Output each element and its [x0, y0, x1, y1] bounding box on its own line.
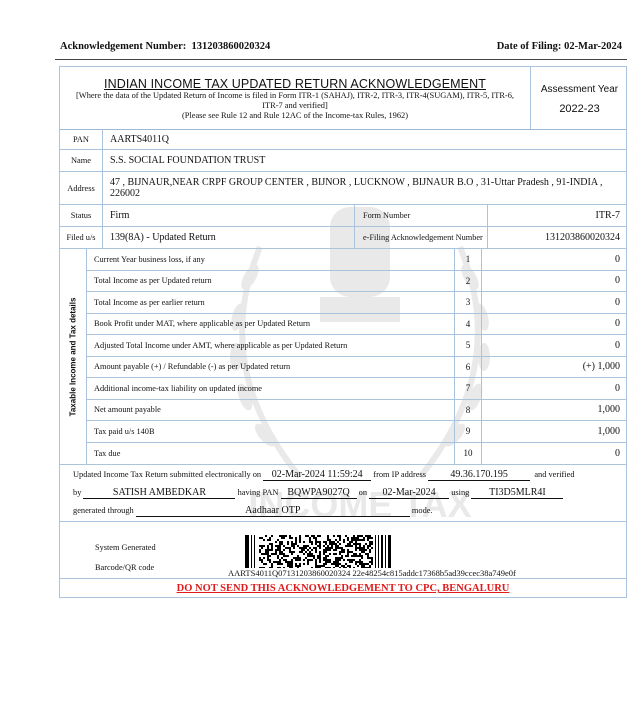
verifier-pan-value: BQWPA9027Q [281, 488, 357, 499]
tax-row-number: 8 [454, 400, 482, 421]
tax-row-number: 7 [454, 378, 482, 399]
verification-text: generated through [73, 506, 134, 515]
tax-row: Net amount payable81,000 [86, 400, 626, 422]
tax-row: Current Year business loss, if any10 [86, 249, 626, 271]
tax-row-value: 0 [480, 378, 620, 399]
document-rule-note: (Please see Rule 12 and Rule 12AC of the… [60, 111, 530, 121]
name-value: S.S. SOCIAL FOUNDATION TRUST [110, 150, 618, 171]
tax-row-value: 0 [480, 314, 620, 335]
tax-row: Adjusted Total Income under AMT, where a… [86, 335, 626, 357]
status-value: Firm [110, 205, 350, 226]
verification-text: mode. [412, 506, 433, 515]
verification-text: Updated Income Tax Return submitted elec… [73, 470, 261, 479]
name-label: Name [60, 150, 103, 171]
address-value: 47 , BIJNAUR,NEAR CRPF GROUP CENTER , BI… [110, 172, 618, 204]
title-cell: INDIAN INCOME TAX UPDATED RETURN ACKNOWL… [60, 67, 530, 129]
tax-row-number: 4 [454, 314, 482, 335]
tax-row-value: 0 [480, 292, 620, 313]
tax-row: Additional income-tax liability on updat… [86, 378, 626, 400]
tax-row-value: 0 [480, 335, 620, 356]
assessment-year-value: 2022-23 [531, 103, 628, 115]
acknowledgement-document: INCOME TAX INDIAN INCOME TAX UPDATED RET… [59, 66, 627, 598]
tax-row-number: 1 [454, 249, 482, 270]
document-title: INDIAN INCOME TAX UPDATED RETURN ACKNOWL… [60, 77, 530, 91]
pan-label: PAN [60, 129, 103, 149]
divider [55, 59, 627, 60]
verified-on-value: 02-Mar-2024 [369, 488, 449, 499]
tax-row-description: Tax due [94, 443, 120, 465]
verification-mode-value: Aadhaar OTP [136, 506, 410, 517]
name-row: Name S.S. SOCIAL FOUNDATION TRUST [60, 150, 626, 172]
form-number-value: ITR-7 [488, 205, 620, 226]
verification-line-2: by SATISH AMBEDKAR having PAN BQWPA9027Q… [73, 488, 563, 499]
tax-row-number: 6 [454, 357, 482, 378]
tax-details-section-label: Taxable Income and Tax details [60, 249, 87, 464]
document-subtitle: [Where the data of the Updated Return of… [60, 91, 530, 111]
tax-row-value: 1,000 [480, 400, 620, 421]
tax-row-number: 3 [454, 292, 482, 313]
filed-us-value: 139(8A) - Updated Return [110, 227, 350, 248]
verification-text: using [451, 488, 469, 497]
tax-row-number: 2 [454, 271, 482, 292]
tax-row-value: 1,000 [480, 421, 620, 442]
barcode-string: AARTS4011Q07131203860020324 22e48254c815… [228, 568, 516, 578]
tax-details-section: Taxable Income and Tax details Current Y… [60, 249, 626, 465]
tax-row-value: 0 [480, 443, 620, 465]
tax-row-number: 10 [454, 443, 482, 465]
tax-row-number: 5 [454, 335, 482, 356]
date-value: 02-Mar-2024 [564, 41, 622, 52]
barcode-label-1: System Generated [95, 543, 156, 552]
tax-row-number: 9 [454, 421, 482, 442]
cpc-warning: DO NOT SEND THIS ACKNOWLEDGEMENT TO CPC,… [60, 579, 626, 599]
tax-row-value: 0 [480, 249, 620, 270]
verification-text: having PAN [238, 488, 279, 497]
tax-row-description: Total Income as per earlier return [94, 292, 205, 313]
tax-row: Total Income as per earlier return30 [86, 292, 626, 314]
verification-line-3: generated through Aadhaar OTP mode. [73, 506, 433, 517]
document-header: INDIAN INCOME TAX UPDATED RETURN ACKNOWL… [60, 67, 626, 130]
verification-line-1: Updated Income Tax Return submitted elec… [73, 470, 575, 481]
ack-label: Acknowledgement Number: [60, 41, 186, 52]
tax-row-description: Net amount payable [94, 400, 161, 421]
filed-us-label: Filed u/s [60, 227, 103, 248]
assessment-year-label: Assessment Year [531, 84, 628, 95]
tax-row-value: (+) 1,000 [480, 357, 620, 378]
verification-section: Updated Income Tax Return submitted elec… [60, 464, 626, 522]
tax-row: Total Income as per Updated return20 [86, 271, 626, 293]
evc-value: TI3D5MLR4I [471, 488, 563, 499]
address-row: Address 47 , BIJNAUR,NEAR CRPF GROUP CEN… [60, 172, 626, 205]
tax-row: Tax paid u/s 140B91,000 [86, 421, 626, 443]
tax-row-description: Amount payable (+) / Refundable (-) as p… [94, 357, 290, 378]
tax-row-description: Additional income-tax liability on updat… [94, 378, 262, 399]
verification-text: by [73, 488, 81, 497]
section-label-text: Taxable Income and Tax details [69, 298, 78, 417]
tax-row: Tax due100 [86, 443, 626, 465]
date-label: Date of Filing: [497, 41, 562, 52]
tax-row-description: Book Profit under MAT, where applicable … [94, 314, 310, 335]
tax-row: Amount payable (+) / Refundable (-) as p… [86, 357, 626, 379]
pan-row: PAN AARTS4011Q [60, 129, 626, 150]
acknowledgement-number: Acknowledgement Number: 131203860020324 [60, 41, 270, 52]
verification-text: and verified [534, 470, 574, 479]
tax-row-description: Adjusted Total Income under AMT, where a… [94, 335, 347, 356]
address-label: Address [60, 172, 103, 204]
barcode-section: System Generated Barcode/QR code AARTS40… [60, 521, 626, 579]
assessment-year-cell: Assessment Year 2022-23 [530, 67, 628, 129]
tax-row-description: Total Income as per Updated return [94, 271, 212, 292]
barcode-label-2: Barcode/QR code [95, 563, 154, 572]
form-number-label: Form Number [354, 205, 488, 226]
tax-row-description: Current Year business loss, if any [94, 249, 205, 270]
status-row: Status Firm Form Number ITR-7 [60, 205, 626, 227]
tax-row: Book Profit under MAT, where applicable … [86, 314, 626, 336]
verified-by-value: SATISH AMBEDKAR [83, 488, 235, 499]
tax-row-value: 0 [480, 271, 620, 292]
date-of-filing: Date of Filing: 02-Mar-2024 [497, 41, 622, 52]
submitted-on-value: 02-Mar-2024 11:59:24 [263, 470, 371, 481]
efiling-ack-value: 131203860020324 [488, 227, 620, 248]
ip-address-value: 49.36.170.195 [428, 470, 530, 481]
verification-text: from IP address [373, 470, 426, 479]
verification-text: on [359, 488, 367, 497]
top-bar: Acknowledgement Number: 131203860020324 … [60, 41, 622, 55]
efiling-ack-label: e-Filing Acknowledgement Number [354, 227, 488, 248]
barcode-icon [245, 535, 391, 568]
ack-value: 131203860020324 [192, 41, 271, 52]
filed-us-row: Filed u/s 139(8A) - Updated Return e-Fil… [60, 227, 626, 249]
status-label: Status [60, 205, 103, 226]
pan-value: AARTS4011Q [110, 129, 618, 149]
tax-row-description: Tax paid u/s 140B [94, 421, 155, 442]
